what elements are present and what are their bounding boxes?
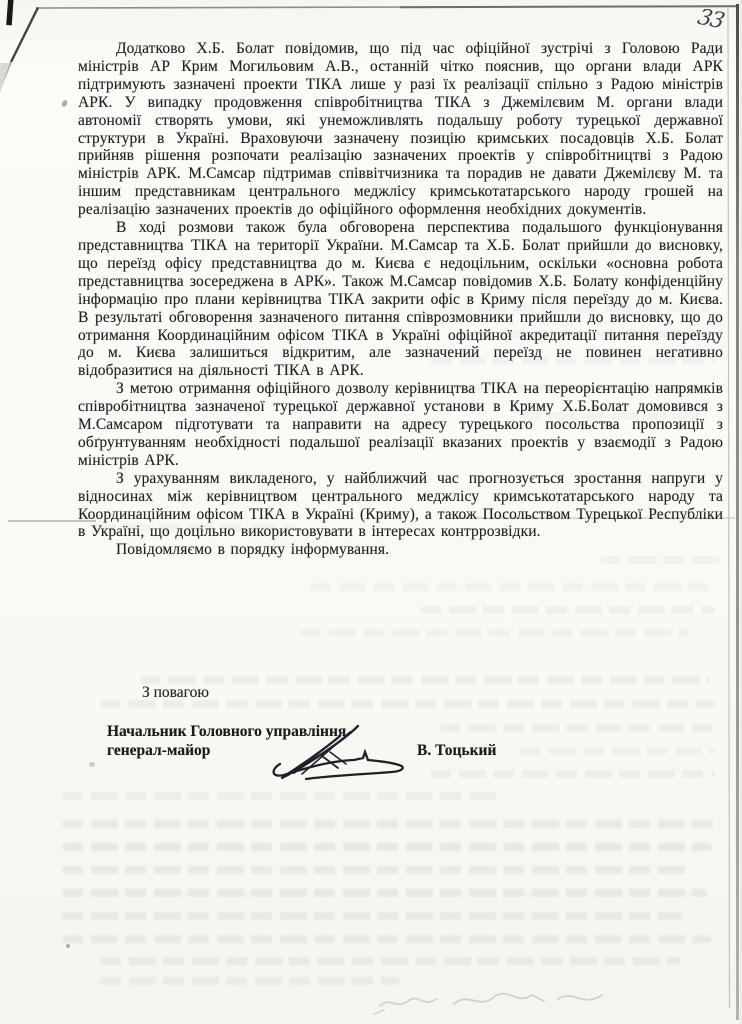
bleed-line: [100, 957, 680, 965]
signer-name: В. Тоцький: [417, 742, 496, 760]
bleed-line: [140, 676, 710, 684]
bleed-line: [300, 629, 690, 637]
bleed-line: [62, 889, 707, 897]
bleed-line: [62, 935, 712, 943]
bleed-line: [62, 792, 502, 800]
bleed-line: [62, 912, 682, 920]
bleed-line: [310, 583, 710, 591]
bleed-through-signature: [372, 986, 622, 1020]
body-paragraph: В ході розмови також була обговорена пер…: [78, 219, 723, 380]
ink-speck: [66, 944, 70, 948]
body-paragraph: Повідомляємо в порядку інформування.: [78, 541, 723, 559]
body-paragraph: З метою отримання офіційного дозволу кер…: [78, 380, 723, 470]
scanned-document-page: Додатково Х.Б. Болат повідомив, що під ч…: [0, 0, 742, 1024]
closing-salutation: З повагою: [142, 684, 209, 702]
bleed-line: [62, 820, 717, 828]
bleed-line: [100, 977, 400, 985]
ink-speck: [61, 99, 68, 107]
bleed-line: [420, 606, 715, 614]
bleed-line: [520, 747, 715, 755]
ink-speck: [89, 762, 95, 767]
handwritten-page-number: 33: [695, 5, 726, 34]
bleed-line: [440, 724, 715, 732]
handwritten-signature-icon: [266, 718, 416, 786]
document-body: Додатково Х.Б. Болат повідомив, що під ч…: [78, 40, 723, 559]
bleed-line: [62, 843, 712, 851]
bleed-line: [62, 866, 692, 874]
bleed-line: [430, 770, 715, 778]
body-paragraph: З урахуванням викладеного, у найближчий …: [78, 470, 723, 542]
body-paragraph: Додатково Х.Б. Болат повідомив, що під ч…: [78, 40, 723, 219]
